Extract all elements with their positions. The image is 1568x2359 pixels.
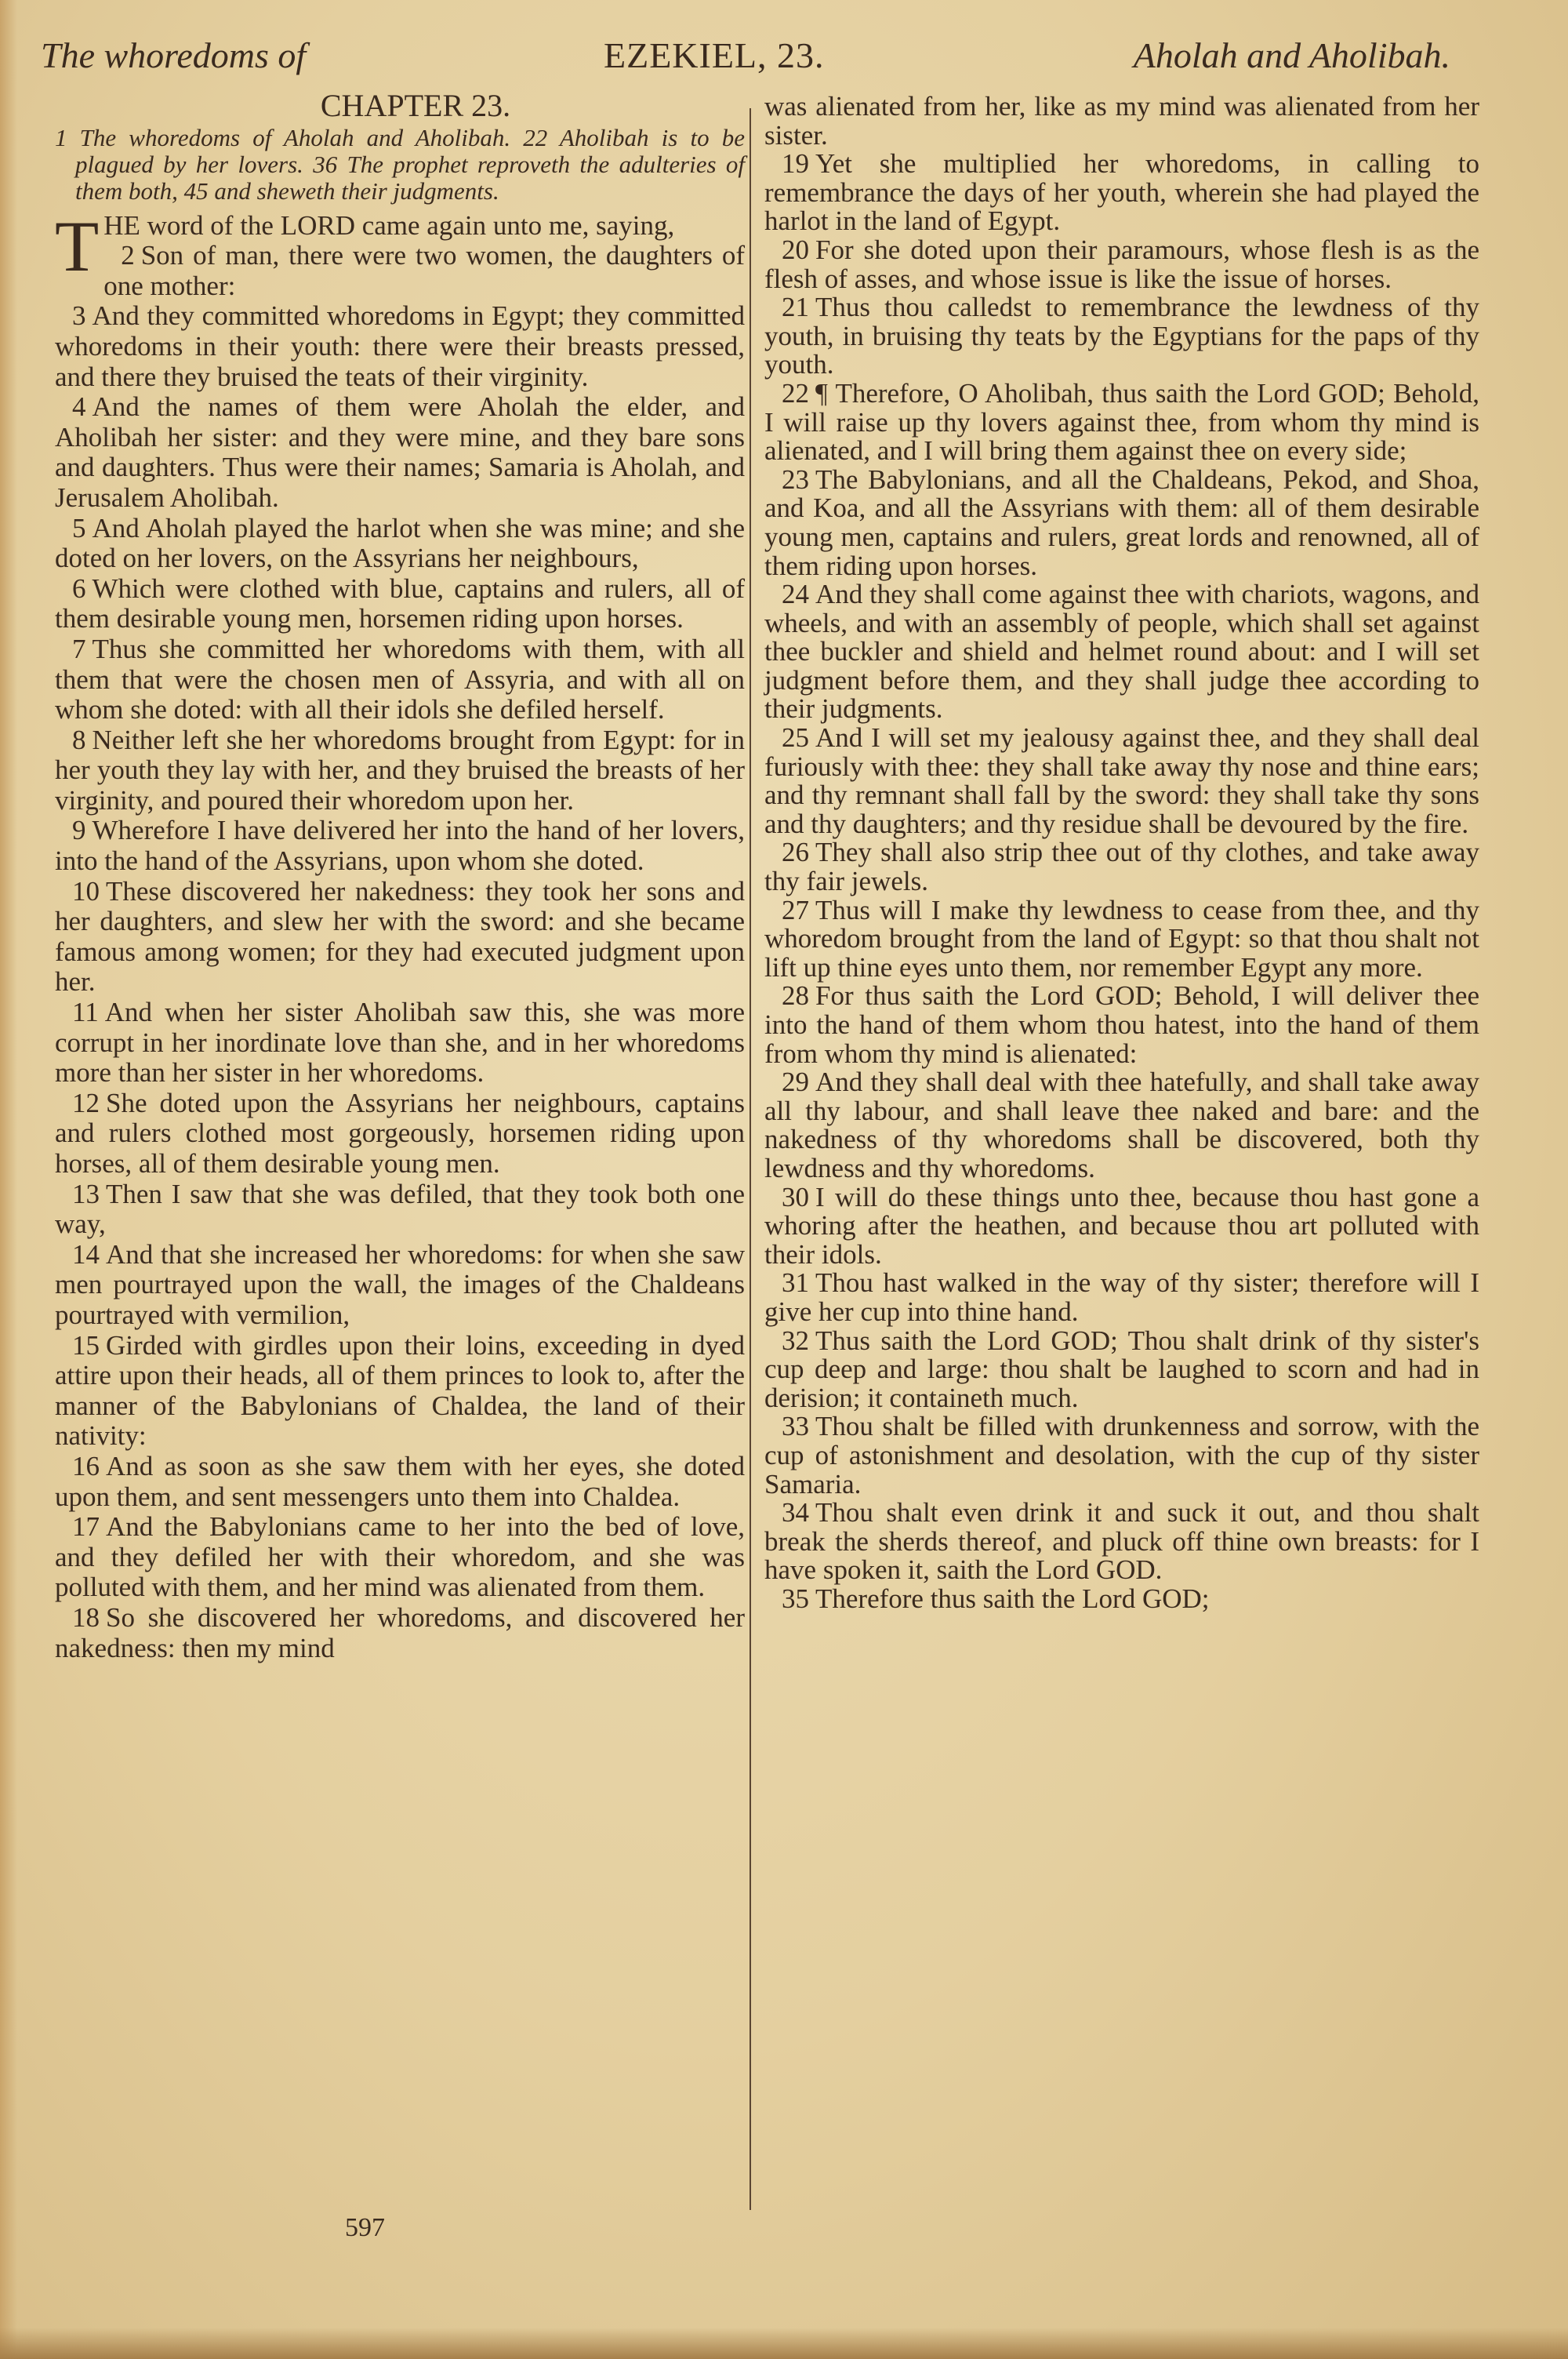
verse-number: 24 <box>782 579 809 609</box>
verse-number: 31 <box>782 1267 809 1298</box>
verse-number: 20 <box>782 234 809 265</box>
verse: 16And as soon as she saw them with her e… <box>55 1452 745 1512</box>
verse-text: Thou shalt even drink it and suck it out… <box>764 1497 1479 1585</box>
verse-text: Thou shalt be filled with drunkenness an… <box>764 1411 1479 1499</box>
verse-number: 10 <box>72 876 100 907</box>
verse-number: 12 <box>72 1088 100 1118</box>
verse-number: 13 <box>72 1179 100 1209</box>
verse-text: Thus she committed her whoredoms with th… <box>55 634 745 725</box>
verse-text: And the Babylonians came to her into the… <box>55 1511 745 1602</box>
verse-text: Therefore thus saith the Lord GOD; <box>815 1583 1210 1614</box>
verse-text: These discovered her nakedness: they too… <box>55 876 745 998</box>
verse: THE word of the LORD came again unto me,… <box>55 211 745 242</box>
verse-text: For thus saith the Lord GOD; Behold, I w… <box>764 980 1479 1068</box>
verse-number: 15 <box>72 1330 100 1361</box>
verse: 12She doted upon the Assyrians her neigh… <box>55 1089 745 1179</box>
verse-number: 25 <box>782 722 809 753</box>
verse-number: 34 <box>782 1497 809 1528</box>
verse: 33Thou shalt be filled with drunkenness … <box>764 1412 1479 1499</box>
right-column: was alienated from her, like as my mind … <box>764 93 1479 1613</box>
verse-text: And the names of them were Aholah the el… <box>55 391 745 513</box>
verse-text: They shall also strip thee out of thy cl… <box>764 837 1479 896</box>
verse-number: 6 <box>72 573 86 604</box>
verse-text: word of the LORD came again unto me, say… <box>140 210 674 241</box>
verse: 3And they committed whoredoms in Egypt; … <box>55 301 745 392</box>
verse-number: 30 <box>782 1182 809 1212</box>
verse-number: 32 <box>782 1325 809 1356</box>
verse-text: Wherefore I have delivered her into the … <box>55 815 745 876</box>
verse: 34Thou shalt even drink it and suck it o… <box>764 1499 1479 1585</box>
verse-text: was alienated from her, like as my mind … <box>764 91 1479 151</box>
chapter-summary: 1 The whoredoms of Aholah and Aholibah. … <box>55 125 745 205</box>
verse: 21Thus thou calledst to remembrance the … <box>764 293 1479 380</box>
running-head: The whoredoms of EZEKIEL, 23. Aholah and… <box>0 35 1568 82</box>
verse-text: Thou hast walked in the way of thy siste… <box>764 1267 1479 1327</box>
page-edge-shadow <box>0 0 17 2359</box>
verse-text: Yet she multiplied her whoredoms, in cal… <box>764 148 1479 236</box>
verse-number: 3 <box>72 300 86 331</box>
verse-text: Son of man, there were two women, the da… <box>103 240 745 301</box>
verse: 26They shall also strip thee out of thy … <box>764 838 1479 896</box>
verse-text: Thus saith the Lord GOD; Thou shalt drin… <box>764 1325 1479 1413</box>
verse: 2Son of man, there were two women, the d… <box>55 241 745 301</box>
verse-text: For she doted upon their paramours, whos… <box>764 234 1479 294</box>
verse: 7Thus she committed her whoredoms with t… <box>55 634 745 725</box>
verse: 31Thou hast walked in the way of thy sis… <box>764 1269 1479 1326</box>
verse-number: 35 <box>782 1583 809 1614</box>
verse-number: 4 <box>72 391 86 422</box>
verse-text: Thus will I make thy lewdness to cease f… <box>764 895 1479 983</box>
verse-text: And as soon as she saw them with her eye… <box>55 1451 745 1512</box>
verse-number: 14 <box>72 1239 100 1270</box>
running-head-left: The whoredoms of <box>41 35 306 76</box>
verse-text: And I will set my jealousy against thee,… <box>764 722 1479 839</box>
verse: 18So she discovered her whoredoms, and d… <box>55 1603 745 1663</box>
verse-number: 8 <box>72 725 86 755</box>
verse: 23The Babylonians, and all the Chaldeans… <box>764 466 1479 580</box>
verse: 28For thus saith the Lord GOD; Behold, I… <box>764 982 1479 1068</box>
verse: 27Thus will I make thy lewdness to cease… <box>764 896 1479 983</box>
page-number: 597 <box>345 2213 385 2243</box>
verse-number: 17 <box>72 1511 100 1542</box>
drop-cap: T <box>55 216 99 277</box>
verse-number: 16 <box>72 1451 100 1481</box>
verse-text: So she discovered her whoredoms, and dis… <box>55 1602 745 1663</box>
verse: 24And they shall come against thee with … <box>764 580 1479 724</box>
verse-text: The Babylonians, and all the Chaldeans, … <box>764 464 1479 581</box>
verse-text: Neither left she her whoredoms brought f… <box>55 725 745 816</box>
verse-text: And Aholah played the harlot when she wa… <box>55 513 745 574</box>
verse: 4And the names of them were Aholah the e… <box>55 392 745 513</box>
verse-number: 23 <box>782 464 809 495</box>
verse-number: 26 <box>782 837 809 867</box>
verse-number: 33 <box>782 1411 809 1441</box>
verse-number: 22 <box>782 378 809 409</box>
verse-text: Girded with girdles upon their loins, ex… <box>55 1330 745 1452</box>
verse: 30I will do these things unto thee, beca… <box>764 1183 1479 1270</box>
bible-page: The whoredoms of EZEKIEL, 23. Aholah and… <box>0 0 1568 2359</box>
verse: 25And I will set my jealousy against the… <box>764 724 1479 838</box>
verse: 22¶ Therefore, O Aholibah, thus saith th… <box>764 380 1479 466</box>
verse-text: I will do these things unto thee, becaus… <box>764 1182 1479 1270</box>
verse: 29And they shall deal with thee hatefull… <box>764 1068 1479 1183</box>
drop-cap-lead: HE <box>103 210 140 241</box>
verse: 17And the Babylonians came to her into t… <box>55 1512 745 1603</box>
verse: 32Thus saith the Lord GOD; Thou shalt dr… <box>764 1327 1479 1413</box>
verse: 13Then I saw that she was defiled, that … <box>55 1179 745 1240</box>
verse: was alienated from her, like as my mind … <box>764 93 1479 150</box>
verse-number: 9 <box>72 815 86 845</box>
verse-text: And that she increased her whoredoms: fo… <box>55 1239 745 1330</box>
page-bottom-shadow <box>0 2328 1568 2359</box>
verse-text: ¶ Therefore, O Aholibah, thus saith the … <box>764 378 1479 466</box>
verse-number: 19 <box>782 148 809 179</box>
verse-number: 27 <box>782 895 809 925</box>
verse-number: 28 <box>782 980 809 1011</box>
verse-text: And when her sister Aholibah saw this, s… <box>55 997 745 1088</box>
verse-number: 18 <box>72 1602 100 1633</box>
verse-number: 2 <box>121 240 135 271</box>
verse-list-left: THE word of the LORD came again unto me,… <box>55 211 745 1664</box>
verse: 15Girded with girdles upon their loins, … <box>55 1331 745 1452</box>
verse-text: Which were clothed with blue, captains a… <box>55 573 745 634</box>
verse: 35Therefore thus saith the Lord GOD; <box>764 1585 1479 1614</box>
verse-number: 5 <box>72 513 86 543</box>
verse: 14And that she increased her whoredoms: … <box>55 1240 745 1331</box>
verse: 20For she doted upon their paramours, wh… <box>764 236 1479 293</box>
verse-number: 11 <box>72 997 99 1027</box>
verse-number: 29 <box>782 1067 809 1097</box>
verse: 6Which were clothed with blue, captains … <box>55 574 745 634</box>
verse: 11And when her sister Aholibah saw this,… <box>55 998 745 1089</box>
verse: 8Neither left she her whoredoms brought … <box>55 725 745 816</box>
running-head-book-chapter: EZEKIEL, 23. <box>604 35 825 76</box>
verse-number: 7 <box>72 634 86 664</box>
verse-text: She doted upon the Assyrians her neighbo… <box>55 1088 745 1179</box>
verse: 19Yet she multiplied her whoredoms, in c… <box>764 150 1479 236</box>
verse: 10These discovered her nakedness: they t… <box>55 877 745 998</box>
chapter-title: CHAPTER 23. <box>55 91 745 122</box>
verse-text: Then I saw that she was defiled, that th… <box>55 1179 745 1240</box>
verse-text: And they shall deal with thee hatefully,… <box>764 1067 1479 1183</box>
left-column: CHAPTER 23. 1 The whoredoms of Aholah an… <box>55 91 745 1663</box>
verse-number: 21 <box>782 292 809 322</box>
verse: 9Wherefore I have delivered her into the… <box>55 816 745 876</box>
verse: 5And Aholah played the harlot when she w… <box>55 514 745 574</box>
verse-text: And they committed whoredoms in Egypt; t… <box>55 300 745 391</box>
column-divider <box>750 108 751 2210</box>
running-head-right: Aholah and Aholibah. <box>1134 35 1450 76</box>
verse-text: Thus thou calledst to remembrance the le… <box>764 292 1479 380</box>
verse-text: And they shall come against thee with ch… <box>764 579 1479 724</box>
verse-list-right: was alienated from her, like as my mind … <box>764 93 1479 1613</box>
